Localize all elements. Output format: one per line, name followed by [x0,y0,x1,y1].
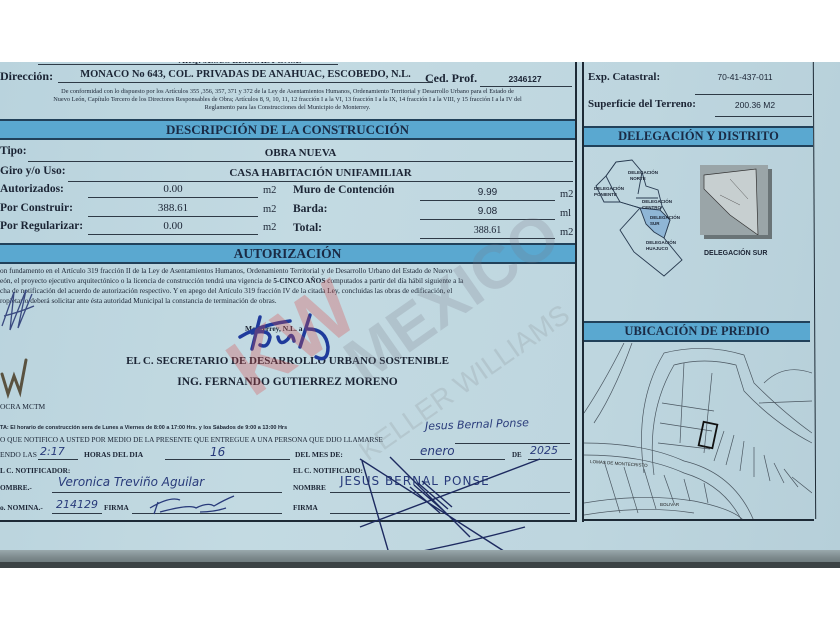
lot-marker [699,422,718,448]
por-construir-value: 388.61 [88,202,258,214]
legal-text: De conformidad con lo dispuesto por los … [0,88,575,112]
initials-mark [0,354,30,399]
tipo-value: OBRA NUEVA [28,147,573,159]
director-name: ARQ. JESUS BERNAL PONSE [140,62,340,65]
hora-value: 2:17 [40,445,65,458]
por-regularizar-label: Por Regularizar: [0,220,83,232]
giro-value: CASA HABITACIÓN UNIFAMILIAR [68,167,573,179]
muro-label: Muro de Contención [293,184,394,196]
ced-prof-label: Ced. Prof. [425,71,477,86]
unions-text: OCRA MCTM [0,402,45,411]
direccion-label: Dirección: [0,69,53,84]
notificador-label: L C. NOTIFICADOR: [0,466,70,475]
total-label: Total: [293,222,322,234]
svg-text:BOLIVAR: BOLIVAR [660,502,680,507]
notificado-firma-label: FIRMA [293,503,318,512]
location-map: LOMAS DE MONTECRISTO BOLIVAR [584,343,812,521]
svg-text:CENTRO: CENTRO [642,205,661,210]
exp-catastral-value: 70-41-437-011 [690,72,800,82]
horario-nota: TA: El horario de construcción sera de L… [0,425,287,431]
notificador-signature [140,494,240,516]
autorizados-label: Autorizados: [0,183,64,195]
siendo-label: ENDO LAS [0,450,37,459]
svg-text:LOMAS DE MONTECRISTO: LOMAS DE MONTECRISTO [590,459,648,468]
handwritten-person: Jesus Bernal Ponse [425,416,529,433]
muro-value: 9.99 [420,187,555,198]
nomina-label: o. NOMINA.- [0,503,43,512]
svg-text:NORTE: NORTE [630,176,646,181]
por-regularizar-value: 0.00 [88,220,258,232]
svg-text:DELEGACIÓN: DELEGACIÓN [594,184,624,191]
notificador-nombre-label: OMBRE.- [0,483,32,492]
notificador-nombre: Veronica Treviño Aguilar [58,475,204,489]
exp-catastral-label: Exp. Catastral: [588,71,660,83]
svg-text:HUAJUCO: HUAJUCO [646,246,669,251]
autorizacion-header: AUTORIZACIÓN [0,243,575,264]
delegacion-sur-map [700,165,768,235]
nomina-value: 214129 [56,498,98,511]
autorizacion-text: on fundamento en el Artículo 319 fracció… [0,266,575,306]
notificado-signature [350,447,550,567]
initials-signature [0,286,40,336]
superficie-value: 200.36 M2 [720,100,790,110]
descripcion-header: DESCRIPCIÓN DE LA CONSTRUCCIÓN [0,119,575,140]
svg-text:DELEGACIÓN: DELEGACIÓN [642,197,672,204]
ubicacion-header: UBICACIÓN DE PREDIO [584,321,810,342]
svg-text:DELEGACIÓN: DELEGACIÓN [628,168,658,175]
svg-text:DELEGACIÓN: DELEGACIÓN [650,213,680,220]
autorizados-value: 0.00 [88,183,258,195]
delegacion-header: DELEGACIÓN Y DISTRITO [584,126,813,147]
horas-dia-label: HORAS DEL DIA [84,450,143,459]
svg-text:PONIENTE: PONIENTE [594,192,617,197]
giro-label: Giro y/o Uso: [0,165,66,177]
svg-text:SUR: SUR [650,221,660,226]
total-value: 388.61 [420,225,555,236]
delegacion-caption: DELEGACIÓN SUR [704,250,767,257]
barda-value: 9.08 [420,206,555,217]
secretary-signature [230,307,350,367]
mes-label: DEL MES DE: [295,450,343,459]
notificado-nombre-label: NOMBRE [293,483,326,492]
notificador-firma-label: FIRMA [104,503,129,512]
svg-text:DELEGACIÓN: DELEGACIÓN [646,238,676,245]
signer-name: ING. FERNANDO GUTIERREZ MORENO [0,376,575,388]
tipo-label: Tipo: [0,145,27,157]
notifico-text: O QUE NOTIFICO A USTED POR MEDIO DE LA P… [0,435,383,444]
por-construir-label: Por Construir: [0,202,73,214]
direccion-value: MONACO No 643, COL. PRIVADAS DE ANAHUAC,… [58,69,433,80]
barda-label: Barda: [293,203,328,215]
district-map: DELEGACIÓN NORTE DELEGACIÓN PONIENTE DEL… [584,148,694,298]
ced-prof-value: 2346127 [490,74,560,84]
superficie-label: Superficie del Terreno: [588,98,696,110]
dia-value: 16 [210,445,225,459]
document-photo: ARQ. JESUS BERNAL PONSE Dirección: MONAC… [0,62,840,568]
